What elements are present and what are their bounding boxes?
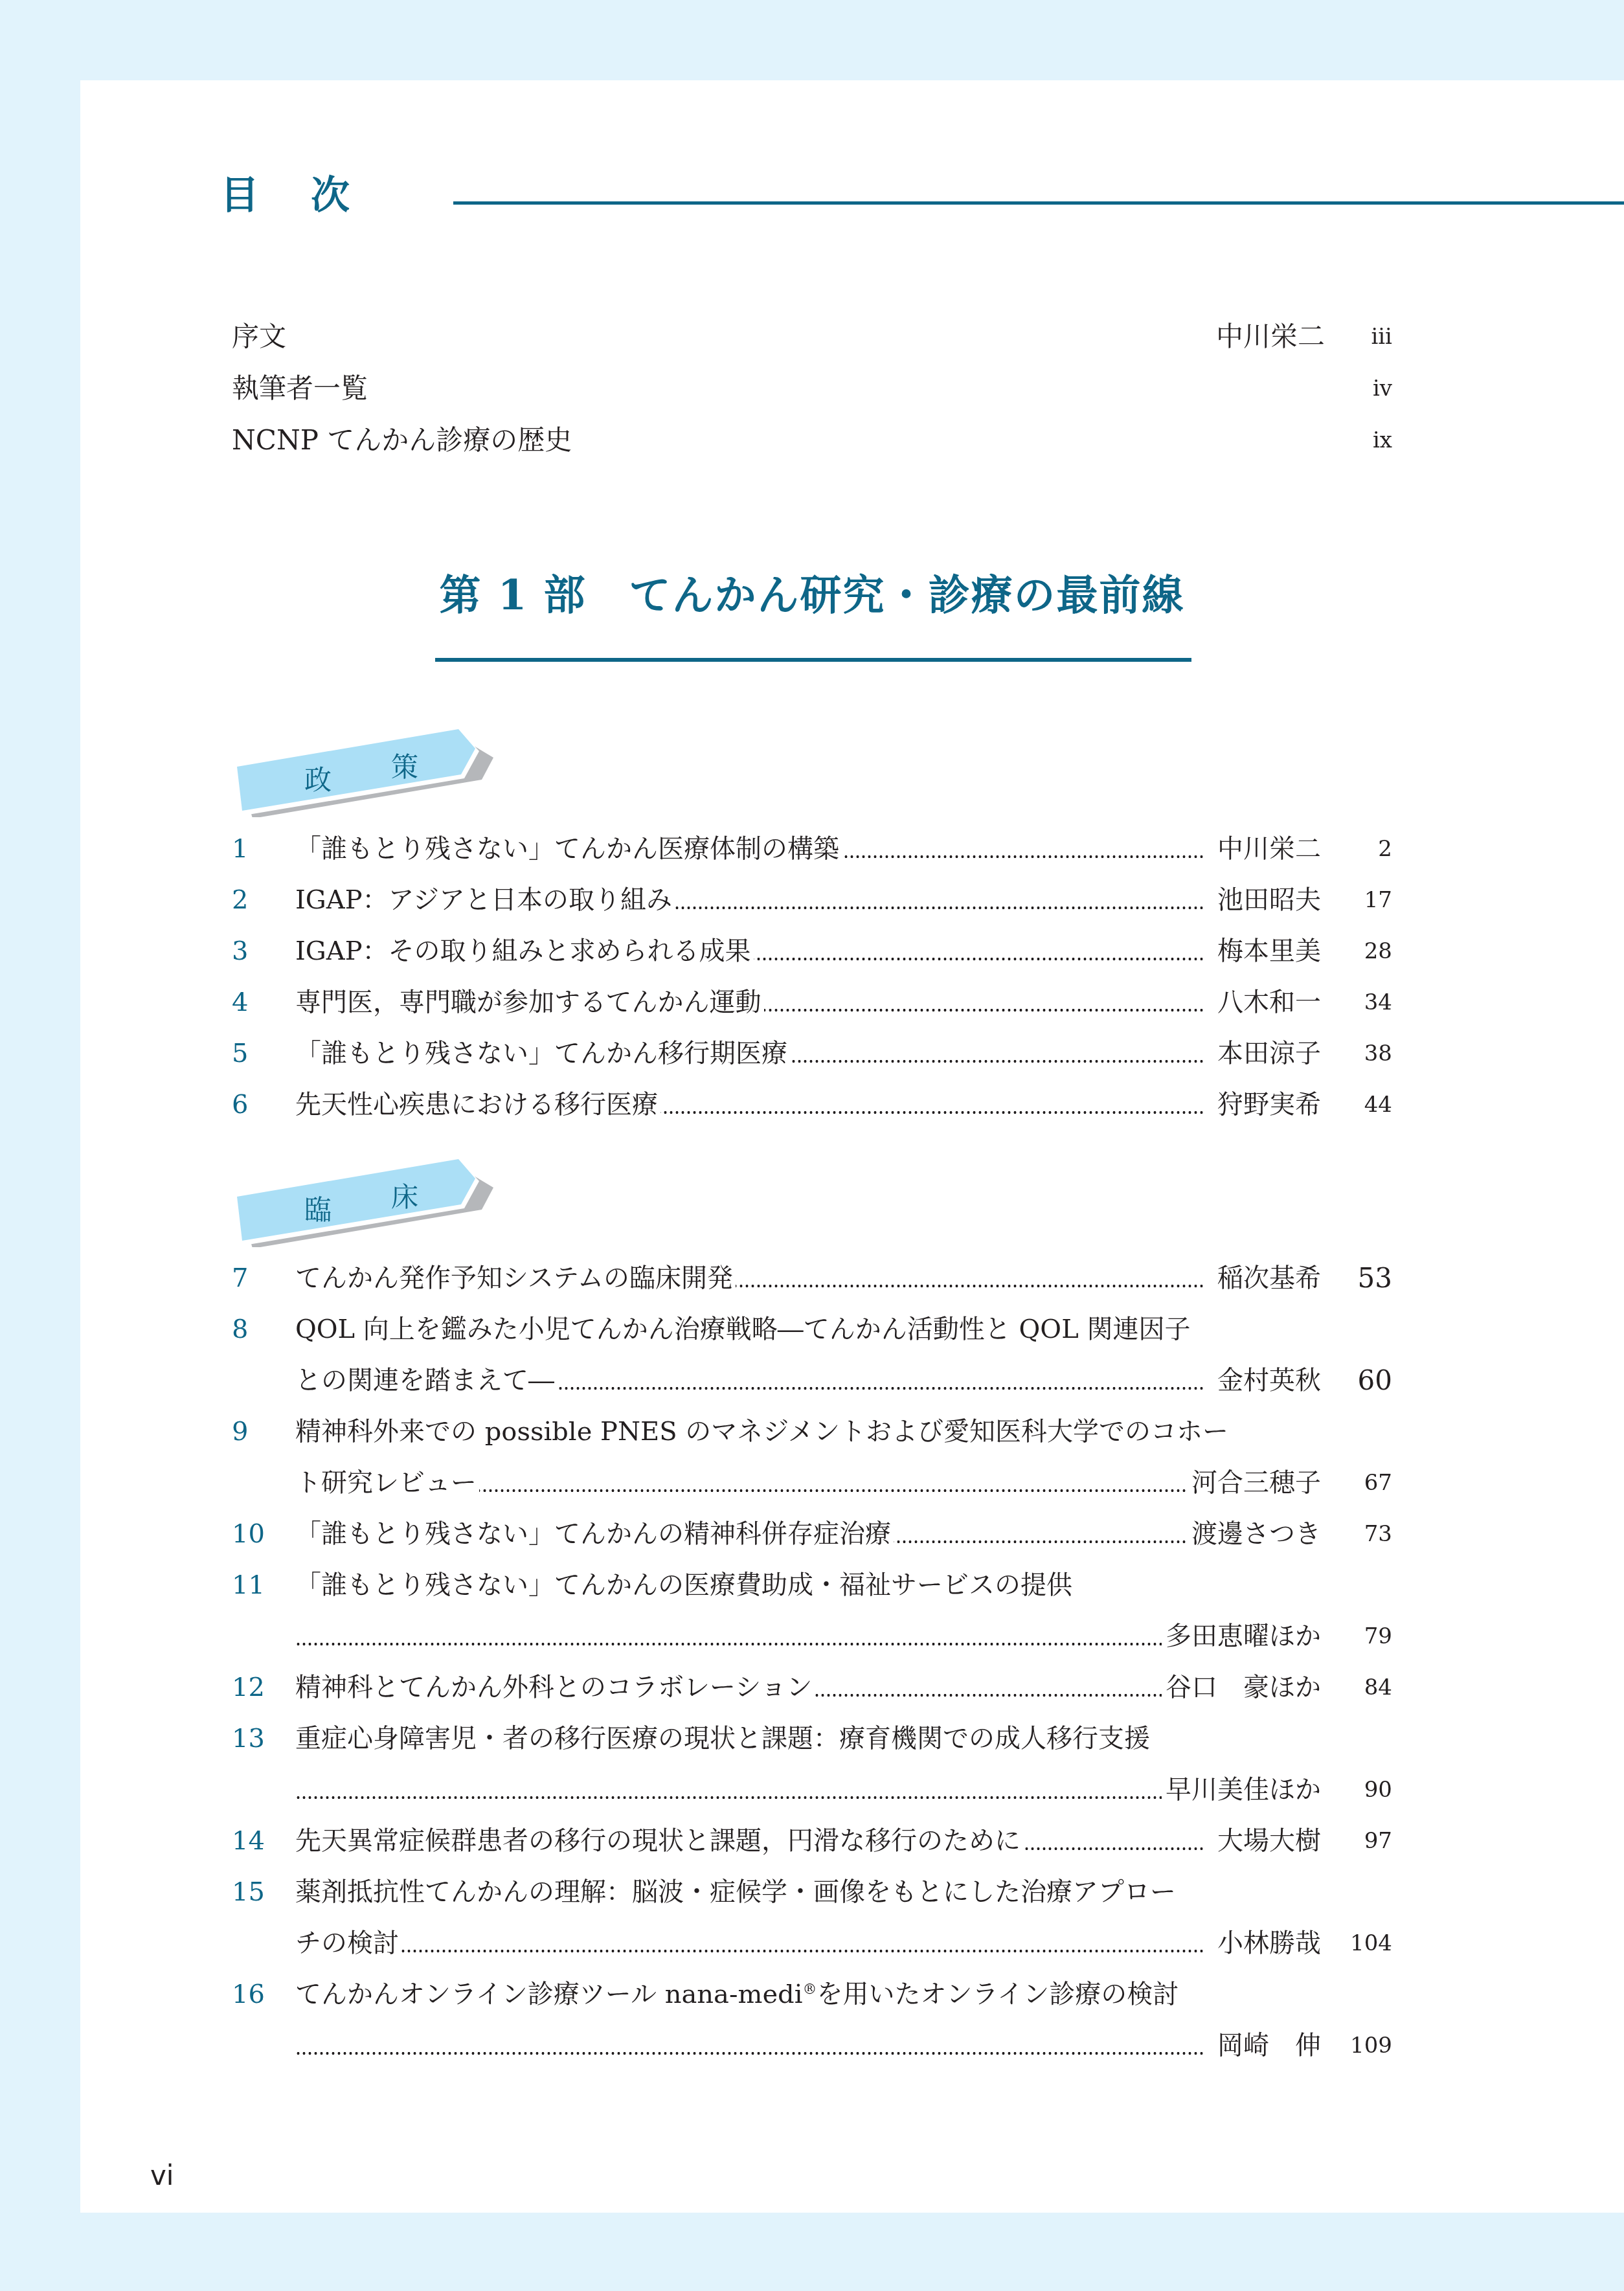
registered-mark: ®: [802, 1981, 817, 1998]
entry-page: 73: [1364, 1511, 1392, 1557]
front-matter-row[interactable]: 序文 中川栄二 iii: [232, 317, 1392, 356]
entry-author: 河合三穂子: [1188, 1460, 1321, 1506]
entry-page: 67: [1364, 1460, 1392, 1506]
entry-page: 97: [1364, 1818, 1392, 1864]
entry-author: 池田昭夫: [1213, 877, 1321, 923]
entry-author: 本田涼子: [1213, 1031, 1321, 1076]
entry-title: 「誰もとり残さない」てんかん移行期医療: [295, 1031, 790, 1076]
entry-page: 2: [1378, 826, 1392, 872]
entry-author: 多田恵曜ほか: [1162, 1614, 1321, 1659]
entry-title-text: てんかんオンライン診療ツール nana-medi: [295, 1980, 802, 2009]
entry-title-suffix: を用いたオンライン診療の検討: [817, 1980, 1179, 2009]
entry-page: 60: [1358, 1358, 1392, 1403]
entry-number: 14: [232, 1818, 265, 1864]
front-matter-title: 序文: [232, 317, 286, 356]
toc-entry[interactable]: 5 「誰もとり残さない」てんかん移行期医療 本田涼子 38: [232, 1031, 1392, 1076]
part-title-rule: [435, 658, 1191, 662]
entry-page: 38: [1364, 1031, 1392, 1076]
entry-title: 薬剤抵抗性てんかんの理解：脳波・症候学・画像をもとにした治療アプロー: [295, 1869, 1179, 1915]
entry-number: 5: [232, 1031, 248, 1076]
section-tab-label-char: 政: [304, 767, 332, 794]
entry-author: 中川栄二: [1213, 826, 1321, 872]
front-matter-page: ix: [1373, 421, 1392, 460]
toc-entry-continuation[interactable]: 多田恵曜ほか 79: [232, 1614, 1392, 1659]
entry-title: 「誰もとり残さない」てんかんの精神科併存症治療: [295, 1511, 894, 1557]
entry-title: 重症心身障害児・者の移行医療の現状と課題：療育機関での成人移行支援: [295, 1716, 1153, 1761]
dot-leader: [295, 1949, 1204, 1953]
toc-entry[interactable]: 10 「誰もとり残さない」てんかんの精神科併存症治療 渡邊さつき 73: [232, 1511, 1392, 1557]
front-matter-page: iv: [1373, 369, 1392, 408]
dot-leader: [295, 1642, 1204, 1646]
section-tab-label-char: 臨: [304, 1197, 332, 1224]
toc-entry-continuation[interactable]: 岡崎 伸 109: [232, 2023, 1392, 2068]
entry-number: 1: [232, 826, 248, 872]
toc-entry[interactable]: 15 薬剤抵抗性てんかんの理解：脳波・症候学・画像をもとにした治療アプロー: [232, 1869, 1392, 1915]
entry-number: 11: [232, 1563, 265, 1608]
section-tab-clinical: 臨 床: [234, 1150, 493, 1247]
entry-author: 早川美佳ほか: [1162, 1767, 1321, 1812]
entry-title: IGAP：その取り組みと求められる成果: [295, 929, 754, 974]
entry-title: 先天性心疾患における移行医療: [295, 1082, 660, 1127]
toc-title-char-2: 次: [311, 176, 350, 215]
entry-author: 大場大樹: [1213, 1818, 1321, 1864]
entry-number: 15: [232, 1869, 265, 1915]
dot-leader: [295, 1796, 1204, 1800]
entry-number: 16: [232, 1972, 265, 2017]
entry-title: 先天異常症候群患者の移行の現状と課題，円滑な移行のために: [295, 1818, 1023, 1864]
entry-page: 53: [1358, 1256, 1392, 1301]
section-tab-policy: 政 策: [234, 720, 493, 817]
dot-leader: [295, 2051, 1204, 2055]
toc-title-char-1: 目: [220, 176, 259, 215]
entry-author: 谷口 豪ほか: [1162, 1665, 1321, 1710]
toc-entry[interactable]: 8 QOL 向上を鑑みた小児てんかん治療戦略―てんかん活動性と QOL 関連因子: [232, 1307, 1392, 1352]
entry-author: 狩野実希: [1213, 1082, 1321, 1127]
entry-number: 4: [232, 980, 248, 1025]
entry-page: 34: [1364, 980, 1392, 1025]
entry-title: IGAP：アジアと日本の取り組み: [295, 877, 675, 923]
entry-page: 79: [1364, 1614, 1392, 1659]
front-matter-row[interactable]: 執筆者一覧 iv: [232, 369, 1392, 408]
entry-title-continued: との関連を踏まえて―: [295, 1358, 557, 1403]
entry-page: 28: [1364, 929, 1392, 974]
entry-title: 「誰もとり残さない」てんかん医療体制の構築: [295, 826, 842, 872]
toc-entry[interactable]: 9 精神科外来での possible PNES のマネジメントおよび愛知医科大学…: [232, 1409, 1392, 1454]
page-folio: vi: [150, 2160, 174, 2191]
entry-page: 104: [1350, 1921, 1392, 1966]
toc-entry[interactable]: 16 てんかんオンライン診療ツール nana-medi®を用いたオンライン診療の…: [232, 1972, 1392, 2017]
toc-entry[interactable]: 12 精神科とてんかん外科とのコラボレーション 谷口 豪ほか 84: [232, 1665, 1392, 1710]
toc-entry-continuation[interactable]: チの検討 小林勝哉 104: [232, 1921, 1392, 1966]
entry-author: 小林勝哉: [1213, 1921, 1321, 1966]
toc-entry[interactable]: 11 「誰もとり残さない」てんかんの医療費助成・福祉サービスの提供: [232, 1563, 1392, 1608]
toc-entry[interactable]: 4 専門医，専門職が参加するてんかん運動 八木和一 34: [232, 980, 1392, 1025]
entry-number: 6: [232, 1082, 248, 1127]
toc-entry[interactable]: 13 重症心身障害児・者の移行医療の現状と課題：療育機関での成人移行支援: [232, 1716, 1392, 1761]
title-rule: [453, 201, 1624, 205]
entry-author: 稲次基希: [1213, 1256, 1321, 1301]
entry-number: 13: [232, 1716, 265, 1761]
entry-title: 精神科とてんかん外科とのコラボレーション: [295, 1665, 815, 1710]
entry-title: QOL 向上を鑑みた小児てんかん治療戦略―てんかん活動性と QOL 関連因子: [295, 1307, 1193, 1352]
front-matter-row[interactable]: NCNP てんかん診療の歴史 ix: [232, 421, 1392, 460]
entry-page: 90: [1364, 1767, 1392, 1812]
toc-entry[interactable]: 1 「誰もとり残さない」てんかん医療体制の構築 中川栄二 2: [232, 826, 1392, 872]
entry-page: 44: [1364, 1082, 1392, 1127]
entry-title: 「誰もとり残さない」てんかんの医療費助成・福祉サービスの提供: [295, 1563, 1075, 1608]
entry-author: 渡邊さつき: [1188, 1511, 1321, 1557]
entry-title-continued: チの検討: [295, 1921, 401, 1966]
entry-title-continued: ト研究レビュー: [295, 1460, 479, 1506]
entry-number: 2: [232, 877, 248, 923]
section-tab-label-char: 床: [391, 1184, 418, 1211]
entry-author: 岡崎 伸: [1213, 2023, 1321, 2068]
entry-number: 3: [232, 929, 248, 974]
section-tab-label-char: 策: [391, 754, 418, 781]
entry-number: 8: [232, 1307, 248, 1352]
front-matter-title: NCNP てんかん診療の歴史: [232, 421, 572, 460]
part-title: 第 1 部 てんかん研究・診療の最前線: [0, 570, 1624, 622]
entry-title: てんかん発作予知システムの臨床開発: [295, 1256, 736, 1301]
entry-number: 12: [232, 1665, 265, 1710]
entry-number: 7: [232, 1256, 248, 1301]
entry-title: てんかんオンライン診療ツール nana-medi®を用いたオンライン診療の検討: [295, 1972, 1181, 2017]
front-matter-author: 中川栄二: [1216, 317, 1325, 356]
entry-page: 109: [1350, 2023, 1392, 2068]
entry-number: 10: [232, 1511, 265, 1557]
front-matter-title: 執筆者一覧: [232, 369, 368, 408]
entry-number: 9: [232, 1409, 248, 1454]
entry-title: 精神科外来での possible PNES のマネジメントおよび愛知医科大学での…: [295, 1409, 1231, 1454]
toc-entry[interactable]: 7 てんかん発作予知システムの臨床開発 稲次基希 53: [232, 1256, 1392, 1301]
entry-page: 84: [1364, 1665, 1392, 1710]
toc-entry[interactable]: 14 先天異常症候群患者の移行の現状と課題，円滑な移行のために 大場大樹 97: [232, 1818, 1392, 1864]
toc-entry-continuation[interactable]: ト研究レビュー 河合三穂子 67: [232, 1460, 1392, 1506]
toc-entry[interactable]: 6 先天性心疾患における移行医療 狩野実希 44: [232, 1082, 1392, 1127]
entry-author: 金村英秋: [1213, 1358, 1321, 1403]
toc-entry[interactable]: 2 IGAP：アジアと日本の取り組み 池田昭夫 17: [232, 877, 1392, 923]
toc-entry-continuation[interactable]: との関連を踏まえて― 金村英秋 60: [232, 1358, 1392, 1403]
entry-author: 八木和一: [1213, 980, 1321, 1025]
front-matter-page: iii: [1371, 317, 1392, 356]
toc-entry[interactable]: 3 IGAP：その取り組みと求められる成果 梅本里美 28: [232, 929, 1392, 974]
toc-entry-continuation[interactable]: 早川美佳ほか 90: [232, 1767, 1392, 1812]
entry-title: 専門医，専門職が参加するてんかん運動: [295, 980, 764, 1025]
entry-page: 17: [1364, 877, 1392, 923]
tab-arrow-shape: [234, 1150, 493, 1247]
tab-arrow-shape: [234, 720, 493, 817]
entry-author: 梅本里美: [1213, 929, 1321, 974]
